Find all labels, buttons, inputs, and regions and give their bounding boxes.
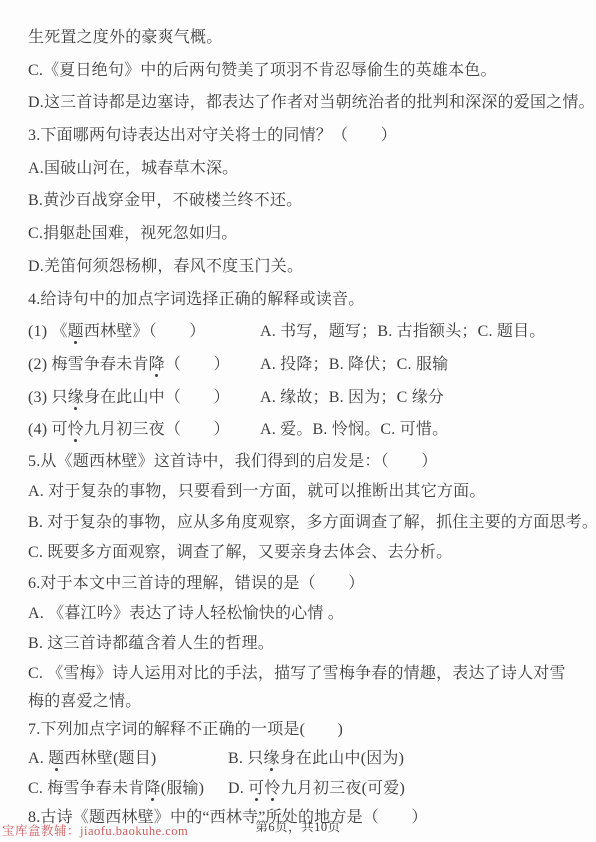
line-cell: C. 《雪梅》诗人运用对比的手法，描写了雪梅争春的情趣，表达了诗人对雪 (28, 660, 580, 688)
emphasized-char: 缘 (263, 751, 279, 767)
text-segment: 西林壁》（ ） (84, 323, 206, 340)
line-cell: 梅的喜爱之情。 (28, 688, 580, 716)
text-line: D.羌笛何须怨杨柳，春风不度玉门关。 (28, 251, 580, 284)
emphasized-char: 可 (248, 781, 264, 797)
line-cell: 生死置之度外的豪爽气概。 (28, 22, 580, 55)
line-cell: A. 投降；B. 降伏；C. 服输 (260, 349, 580, 382)
line-cell: 5.从《题西林壁》这首诗中，我们得到的启发是：（ ） (28, 447, 580, 477)
line-cell: A.国破山河在，城春草木深。 (28, 153, 580, 186)
text-segment: 5.从《题西林壁》这首诗中，我们得到的启发是：（ ） (28, 453, 437, 470)
text-segment: C.《夏日绝句》中的后两句赞美了项羽不肯忍辱偷生的英雄本色。 (28, 62, 497, 79)
text-line: (1) 《题西林壁》（ ）A. 书写，题写；B. 古指额头；C. 题目。 (28, 316, 580, 349)
line-cell: 7.下列加点字词的解释不正确的一项是( ) (28, 716, 580, 744)
line-cell: (4) 可怜九月初三夜（ ） (28, 414, 260, 447)
text-segment: 身在此山中(因为) (280, 750, 404, 767)
line-cell: A. 书写，题写；B. 古指额头；C. 题目。 (260, 316, 580, 349)
text-line: 3.下面哪两句诗表达出对守关将士的同情？（ ） (28, 120, 580, 153)
text-segment: 梅的喜爱之情。 (28, 693, 141, 710)
text-segment: (服输) (161, 780, 204, 797)
text-line: 梅的喜爱之情。 (28, 688, 580, 716)
text-segment: 生死置之度外的豪爽气概。 (28, 29, 222, 46)
text-line: A. 对于复杂的事物，只要看到一方面，就可以推断出其它方面。 (28, 477, 580, 507)
text-line: (3) 只缘身在此山中（ ）A. 缘故；B. 因为；C 缘分 (28, 382, 580, 415)
text-segment: D. (228, 780, 248, 797)
text-segment: C. 《雪梅》诗人运用对比的手法，描写了雪梅争春的情趣，表达了诗人对雪 (28, 665, 566, 682)
text-line: C. 《雪梅》诗人运用对比的手法，描写了雪梅争春的情趣，表达了诗人对雪 (28, 660, 580, 688)
line-cell: A. 《暮江吟》表达了诗人轻松愉快的心情 。 (28, 599, 580, 629)
text-segment: B.黄沙百战穿金甲，不破楼兰终不还。 (28, 192, 302, 209)
text-line: C.捐躯赴国难，视死忽如归。 (28, 218, 580, 251)
text-line: D.这三首诗都是边塞诗，都表达了作者对当朝统治者的批判和深深的爱国之情。 (28, 87, 580, 120)
scanned-worksheet-page: 生死置之度外的豪爽气概。C.《夏日绝句》中的后两句赞美了项羽不肯忍辱偷生的英雄本… (0, 0, 596, 842)
text-segment: B. 只 (228, 750, 263, 767)
text-segment: (3) 只 (28, 389, 68, 406)
line-cell: B.黄沙百战穿金甲，不破楼兰终不还。 (28, 185, 580, 218)
text-segment: 7.下列加点字词的解释不正确的一项是( ) (28, 721, 343, 738)
text-segment: (4) 可 (28, 421, 68, 438)
line-cell: B. 对于复杂的事物，应从多角度观察，多方面调查了解，抓住主要的方面思考。 (28, 508, 580, 538)
emphasized-char: 题 (68, 324, 84, 340)
line-cell: D.羌笛何须怨杨柳，春风不度玉门关。 (28, 251, 580, 284)
text-segment: A.国破山河在，城春草木深。 (28, 160, 238, 177)
text-segment: 6.对于本文中三首诗的理解，错误的是（ ） (28, 575, 364, 592)
text-segment: B. 这三首诗都蕴含着人生的哲理。 (28, 635, 274, 652)
line-cell: (3) 只缘身在此山中（ ） (28, 382, 260, 415)
text-segment: A. 书写，题写；B. 古指额头；C. 题目。 (260, 323, 546, 340)
line-cell: C.捐躯赴国难，视死忽如归。 (28, 218, 580, 251)
text-line: 4.给诗句中的加点字词选择正确的解释或读音。 (28, 284, 580, 317)
text-line: A.国破山河在，城春草木深。 (28, 153, 580, 186)
text-segment: A. 爱。B. 怜悯。C. 可惜。 (260, 421, 448, 438)
document-body: 生死置之度外的豪爽气概。C.《夏日绝句》中的后两句赞美了项羽不肯忍辱偷生的英雄本… (28, 22, 580, 832)
text-segment: (2) 梅雪争春未肯 (28, 356, 149, 373)
text-segment: 西林壁(题目) (64, 750, 156, 767)
text-line: (4) 可怜九月初三夜（ ）A. 爱。B. 怜悯。C. 可惜。 (28, 414, 580, 447)
emphasized-char: 怜 (68, 422, 84, 438)
text-segment: D.羌笛何须怨杨柳，春风不度玉门关。 (28, 258, 303, 275)
text-segment: (1) 《 (28, 323, 68, 340)
text-line: B. 这三首诗都蕴含着人生的哲理。 (28, 629, 580, 659)
emphasized-char: 怜 (264, 781, 280, 797)
text-segment: A. (28, 750, 48, 767)
emphasized-char: 题 (48, 751, 64, 767)
text-segment: A. 对于复杂的事物，只要看到一方面，就可以推断出其它方面。 (28, 483, 486, 500)
text-segment: C. 既要多方面观察，调查了解，又要亲身去体会、去分析。 (28, 544, 452, 561)
text-line: C.《夏日绝句》中的后两句赞美了项羽不肯忍辱偷生的英雄本色。 (28, 55, 580, 88)
line-cell: 6.对于本文中三首诗的理解，错误的是（ ） (28, 569, 580, 599)
text-segment: 九月初三夜（ ） (84, 421, 230, 438)
text-line: 7.下列加点字词的解释不正确的一项是( ) (28, 716, 580, 744)
text-segment: C.捐躯赴国难，视死忽如归。 (28, 225, 237, 242)
text-line: 6.对于本文中三首诗的理解，错误的是（ ） (28, 569, 580, 599)
text-segment: A. 《暮江吟》表达了诗人轻松愉快的心情 。 (28, 605, 344, 622)
line-cell: 3.下面哪两句诗表达出对守关将士的同情？（ ） (28, 120, 580, 153)
text-line: 5.从《题西林壁》这首诗中，我们得到的启发是：（ ） (28, 447, 580, 477)
text-segment: （ ） (165, 356, 230, 373)
text-line: A. 题西林壁(题目)B. 只缘身在此山中(因为) (28, 744, 580, 774)
line-cell: B. 只缘身在此山中(因为) (228, 744, 580, 774)
line-cell: A. 缘故；B. 因为；C 缘分 (260, 382, 580, 415)
line-cell: 4.给诗句中的加点字词选择正确的解释或读音。 (28, 284, 580, 317)
text-line: (2) 梅雪争春未肯降（ ）A. 投降；B. 降伏；C. 服输 (28, 349, 580, 382)
line-cell: D. 可怜九月初三夜(可爱) (228, 774, 580, 804)
line-cell: (2) 梅雪争春未肯降（ ） (28, 349, 260, 382)
text-segment: B. 对于复杂的事物，应从多角度观察，多方面调查了解，抓住主要的方面思考。 (28, 514, 596, 531)
text-segment: A. 投降；B. 降伏；C. 服输 (260, 356, 448, 373)
emphasized-char: 降 (144, 781, 160, 797)
text-line: A. 《暮江吟》表达了诗人轻松愉快的心情 。 (28, 599, 580, 629)
line-cell: A. 题西林壁(题目) (28, 744, 228, 774)
text-line: C. 梅雪争春未肯降(服输)D. 可怜九月初三夜(可爱) (28, 774, 580, 804)
text-segment: C. 梅雪争春未肯 (28, 780, 144, 797)
text-line: B.黄沙百战穿金甲，不破楼兰终不还。 (28, 185, 580, 218)
text-line: C. 既要多方面观察，调查了解，又要亲身去体会、去分析。 (28, 538, 580, 568)
text-line: B. 对于复杂的事物，应从多角度观察，多方面调查了解，抓住主要的方面思考。 (28, 508, 580, 538)
text-segment: 身在此山中（ ） (84, 389, 230, 406)
text-segment: 3.下面哪两句诗表达出对守关将士的同情？（ ） (28, 127, 397, 144)
line-cell: C.《夏日绝句》中的后两句赞美了项羽不肯忍辱偷生的英雄本色。 (28, 55, 580, 88)
emphasized-char: 缘 (68, 390, 84, 406)
line-cell: D.这三首诗都是边塞诗，都表达了作者对当朝统治者的批判和深深的爱国之情。 (28, 87, 580, 120)
line-cell: A. 爱。B. 怜悯。C. 可惜。 (260, 414, 580, 447)
line-cell: C. 既要多方面观察，调查了解，又要亲身去体会、去分析。 (28, 538, 580, 568)
watermark-text: 宝库盒教辅：jiaofu.baokuhe.com (2, 821, 188, 839)
text-segment: A. 缘故；B. 因为；C 缘分 (260, 389, 444, 406)
text-segment: 4.给诗句中的加点字词选择正确的解释或读音。 (28, 291, 364, 308)
line-cell: (1) 《题西林壁》（ ） (28, 316, 260, 349)
text-segment: 九月初三夜(可爱) (281, 780, 405, 797)
emphasized-char: 降 (149, 357, 165, 373)
line-cell: A. 对于复杂的事物，只要看到一方面，就可以推断出其它方面。 (28, 477, 580, 507)
text-line: 生死置之度外的豪爽气概。 (28, 22, 580, 55)
line-cell: C. 梅雪争春未肯降(服输) (28, 774, 228, 804)
text-segment: D.这三首诗都是边塞诗，都表达了作者对当朝统治者的批判和深深的爱国之情。 (28, 94, 595, 111)
line-cell: B. 这三首诗都蕴含着人生的哲理。 (28, 629, 580, 659)
